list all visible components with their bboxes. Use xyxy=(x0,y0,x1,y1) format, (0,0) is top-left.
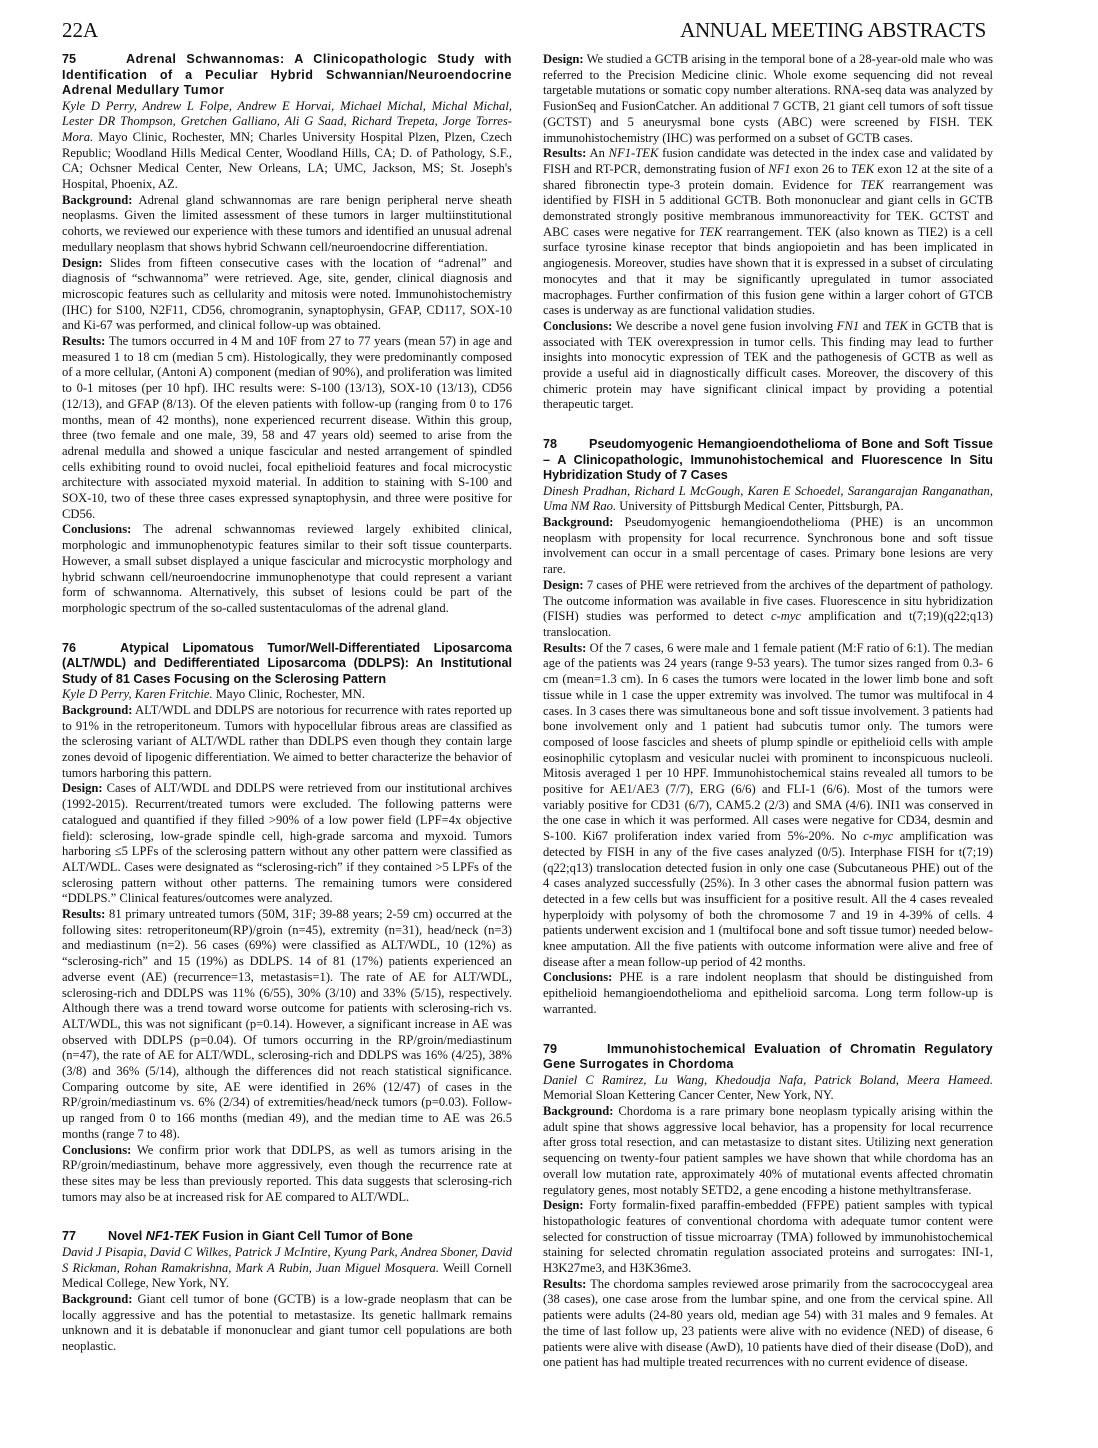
abstract-number: 79 xyxy=(543,1042,607,1058)
authors: Daniel C Ramirez, Lu Wang, Khedoudja Naf… xyxy=(543,1073,993,1087)
abstract-title: 79Immunohistochemical Evaluation of Chro… xyxy=(543,1042,993,1073)
conclusions-section: Conclusions: We describe a novel gene fu… xyxy=(543,319,993,413)
authors-affiliation: Kyle D Perry, Andrew L Folpe, Andrew E H… xyxy=(62,99,512,193)
abstract-75: 75Adrenal Schwannomas: A Clinicopatholog… xyxy=(62,52,512,617)
affiliation: University of Pittsburgh Medical Center,… xyxy=(619,499,903,513)
background-section: Background: Chordoma is a rare primary b… xyxy=(543,1104,993,1198)
page-number: 22A xyxy=(62,18,98,43)
abstract-title: 77Novel NF1-TEK Fusion in Giant Cell Tum… xyxy=(62,1229,512,1245)
design-section: Design: Cases of ALT/WDL and DDLPS were … xyxy=(62,781,512,907)
conclusions-section: Conclusions: PHE is a rare indolent neop… xyxy=(543,970,993,1017)
results-section: Results: 81 primary untreated tumors (50… xyxy=(62,907,512,1143)
background-section: Background: Pseudomyogenic hemangioendot… xyxy=(543,515,993,578)
journal-page: 22A ANNUAL MEETING ABSTRACTS 75Adrenal S… xyxy=(0,0,1098,1448)
abstract-number: 78 xyxy=(543,437,589,453)
affiliation: Memorial Sloan Kettering Cancer Center, … xyxy=(543,1088,834,1102)
background-section: Background: Adrenal gland schwannomas ar… xyxy=(62,193,512,256)
results-section: Results: An NF1-TEK fusion candidate was… xyxy=(543,146,993,319)
background-section: Background: ALT/WDL and DDLPS are notori… xyxy=(62,703,512,782)
results-section: Results: The tumors occurred in 4 M and … xyxy=(62,334,512,522)
authors-affiliation: Dinesh Pradhan, Richard L McGough, Karen… xyxy=(543,484,993,515)
design-section: Design: Forty formalin-fixed paraffin-em… xyxy=(543,1198,993,1277)
journal-title: ANNUAL MEETING ABSTRACTS xyxy=(680,18,986,43)
conclusions-section: Conclusions: We confirm prior work that … xyxy=(62,1143,512,1206)
authors-affiliation: David J Pisapia, David C Wilkes, Patrick… xyxy=(62,1245,512,1292)
conclusions-section: Conclusions: The adrenal schwannomas rev… xyxy=(62,522,512,616)
running-head: 22A ANNUAL MEETING ABSTRACTS xyxy=(62,18,986,46)
abstract-number: 75 xyxy=(62,52,126,68)
results-section: Results: Of the 7 cases, 6 were male and… xyxy=(543,641,993,971)
abstract-77: 77Novel NF1-TEK Fusion in Giant Cell Tum… xyxy=(62,1229,512,1354)
abstract-title: 75Adrenal Schwannomas: A Clinicopatholog… xyxy=(62,52,512,99)
design-section: Design: Slides from fifteen consecutive … xyxy=(62,256,512,335)
abstract-79: 79Immunohistochemical Evaluation of Chro… xyxy=(543,1042,993,1371)
left-column: 75Adrenal Schwannomas: A Clinicopatholog… xyxy=(62,52,512,1381)
authors-affiliation: Daniel C Ramirez, Lu Wang, Khedoudja Naf… xyxy=(543,1073,993,1104)
abstract-77-continued: Design: We studied a GCTB arising in the… xyxy=(543,52,993,413)
design-section: Design: 7 cases of PHE were retrieved fr… xyxy=(543,578,993,641)
abstract-title: 76Atypical Lipomatous Tumor/Well-Differe… xyxy=(62,641,512,688)
results-section: Results: The chordoma samples reviewed a… xyxy=(543,1277,993,1371)
abstract-78: 78Pseudomyogenic Hemangioendothelioma of… xyxy=(543,437,993,1017)
affiliation: Mayo Clinic, Rochester, MN. xyxy=(216,687,365,701)
affiliation: Mayo Clinic, Rochester, MN; Charles Univ… xyxy=(62,130,512,191)
design-section: Design: We studied a GCTB arising in the… xyxy=(543,52,993,146)
right-column: Design: We studied a GCTB arising in the… xyxy=(543,52,993,1397)
authors: Kyle D Perry, Karen Fritchie. xyxy=(62,687,213,701)
background-section: Background: Giant cell tumor of bone (GC… xyxy=(62,1292,512,1355)
abstract-76: 76Atypical Lipomatous Tumor/Well-Differe… xyxy=(62,641,512,1206)
abstract-number: 77 xyxy=(62,1229,108,1245)
abstract-title: 78Pseudomyogenic Hemangioendothelioma of… xyxy=(543,437,993,484)
abstract-number: 76 xyxy=(62,641,120,657)
authors-affiliation: Kyle D Perry, Karen Fritchie. Mayo Clini… xyxy=(62,687,512,703)
